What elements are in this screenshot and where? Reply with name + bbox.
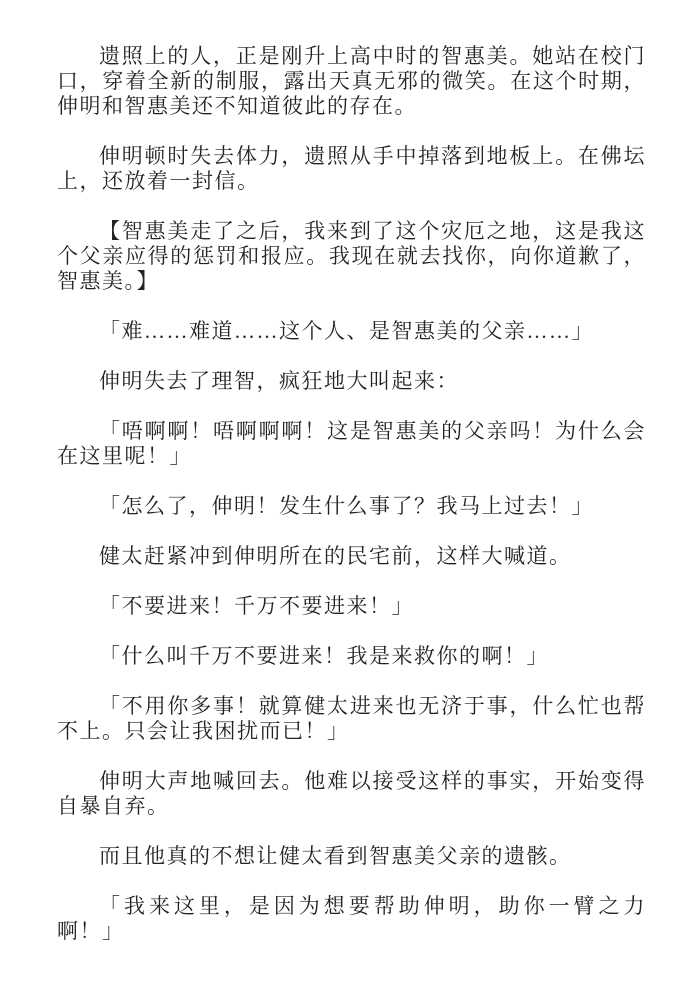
paragraph: 健太赶紧冲到伸明所在的民宅前，这样大喊道。 (57, 544, 646, 569)
paragraph: 遗照上的人，正是刚升上高中时的智惠美。她站在校门口，穿着全新的制服，露出天真无邪… (57, 44, 646, 119)
paragraph: 而且他真的不想让健太看到智惠美父亲的遗骸。 (57, 844, 646, 869)
paragraph: 「怎么了，伸明！发生什么事了？我马上过去！」 (57, 494, 646, 519)
paragraph: 伸明顿时失去体力，遗照从手中掉落到地板上。在佛坛上，还放着一封信。 (57, 144, 646, 194)
paragraph: 「不用你多事！就算健太进来也无济于事，什么忙也帮不上。只会让我困扰而已！」 (57, 694, 646, 744)
paragraph: 「唔啊啊！唔啊啊啊！这是智惠美的父亲吗！为什么会在这里呢！」 (57, 419, 646, 469)
paragraph: 伸明大声地喊回去。他难以接受这样的事实，开始变得自暴自弃。 (57, 769, 646, 819)
paragraph: 【智惠美走了之后，我来到了这个灾厄之地，这是我这个父亲应得的惩罚和报应。我现在就… (57, 219, 646, 294)
paragraph: 「什么叫千万不要进来！我是来救你的啊！」 (57, 644, 646, 669)
paragraph: 伸明失去了理智，疯狂地大叫起来： (57, 369, 646, 394)
paragraph: 「我来这里，是因为想要帮助伸明，助你一臂之力啊！」 (57, 894, 646, 944)
paragraph: 「难……难道……这个人、是智惠美的父亲……」 (57, 319, 646, 344)
paragraph: 「不要进来！千万不要进来！」 (57, 594, 646, 619)
novel-page: 遗照上的人，正是刚升上高中时的智惠美。她站在校门口，穿着全新的制服，露出天真无邪… (0, 0, 700, 992)
